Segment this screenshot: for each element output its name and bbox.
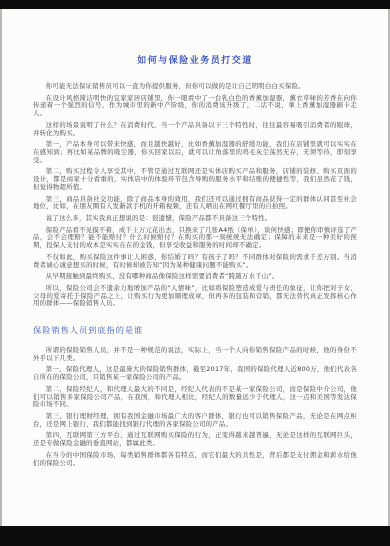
paragraph: 第一，保险代理人，这是最庞大的保险销售群体，截至2017年，我国的保险代理人近8… [33, 366, 357, 382]
section-heading: 保险销售人员到底指的是谁 [33, 325, 357, 336]
document-content: 如何与保险业务员打交道 你可能无法保证销售员可以一直为你提供服务，但你可以做的是… [2, 53, 388, 467]
paragraph: 在当今的中国保险市场，每类销售群体都各有特点，而它们最大的共性是，背后都是支付佣… [33, 452, 357, 468]
document-title: 如何与保险业务员打交道 [33, 53, 357, 66]
paragraph: 说了这么多，其实我真正想说的是：很遗憾，保险产品都不具备这三个特性。 [33, 215, 357, 223]
paragraph: 在设计风格简洁明快的宜家家居店铺里，你一眼看中了一台乳白色的香薰加湿器，薰衣草味… [33, 95, 357, 118]
paragraph: 第三，商品具备社交功能，除了商品本身的效用，我们还可以通过拥有商品获得一定的群体… [33, 196, 357, 212]
screenshot-canvas: 如何与保险业务员打交道 你可能无法保证销售员可以一直为你提供服务，但你可以做的是… [0, 0, 390, 546]
paragraph: 第三，银行理财经理，拥有我国金融市场最广大的客户群体，银行也可以销售保险产品，无… [33, 413, 357, 429]
paragraph: 第一，产品本身可以带来快感，而且越快越好，比如香薰加湿器的舒缓功能，我们在店铺里… [33, 141, 357, 164]
paragraph: 所以，保险公司会不遗余力地增加产品的“人情味”，比如将保险塑造成爱与责任的象征，… [33, 285, 357, 308]
paragraph: 第二，购买过程令人享受其中，不管是通过互联网还是实体店购买产品和服务，店铺的装修… [33, 168, 357, 191]
paragraph: 从早期接触到最终购买，没有哪种商品像保险这样需要消费者“跨越万水千山”。 [33, 273, 357, 281]
paragraph: 第二，保险经纪人，和代理人最大的不同是，经纪人代表的不是某一家保险公司，而是保险… [33, 386, 357, 409]
paragraph: 所谓的保险销售人员，并不是一种规范的说法，实际上，当一个人向你销售保险产品的时候… [33, 347, 357, 363]
paragraph: 你可能无法保证销售员可以一直为你提供服务，但你可以做的是让自己明明白白买保险。 [33, 83, 357, 91]
paragraph: 这样的场景说明了什么？在消费时代，当一个产品具备以下三个特性时，往往最容易吸引消… [33, 122, 357, 138]
paragraph: 不仅如此，购买保险这件事让人困惑，你结婚了吗？有孩子了吗？不同群体对保险的需求千… [33, 254, 357, 270]
document-page: 如何与保险业务员打交道 你可能无法保证销售员可以一直为你提供服务，但你可以做的是… [0, 9, 390, 526]
paragraph: 保险产品看不见摸不着，成千上万元花出去，只换来了几张A4纸（保单），谈何快感；即… [33, 227, 357, 250]
top-frame-bar [0, 0, 390, 9]
bottom-frame-bar [0, 526, 390, 546]
paragraph: 第四，互联网第三方平台，通过互联网购买保险的行为，正变得越来越普遍，无论是这样的… [33, 432, 357, 448]
